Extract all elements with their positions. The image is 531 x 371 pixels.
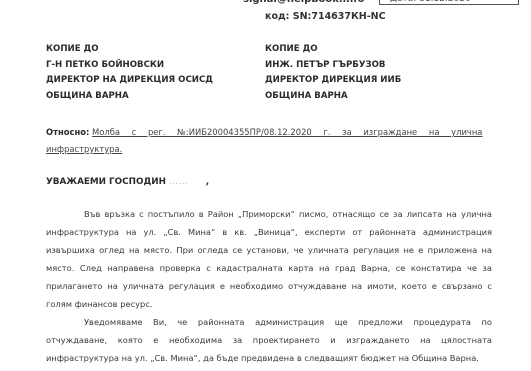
recipient-title: ДИРЕКТОР ДИРЕКЦИЯ ИИБ — [265, 73, 401, 89]
subject-text: Молба с рег. №:ИИБ20004355ПР/08.12.2020 … — [46, 127, 482, 154]
recipient-name: ИНЖ. ПЕТЪР ГЪРБУЗОВ — [265, 58, 401, 74]
reference-code: код: SN:714637КН-NC — [265, 11, 386, 22]
sender-email: signal@helpbook.info — [243, 0, 364, 5]
recipient-name: Г-Н ПЕТКО БОЙНОВСКИ — [46, 58, 213, 74]
letter-body: Във връзка с постъпило в Район „Приморск… — [46, 205, 492, 367]
recipient-org: ОБЩИНА ВАРНА — [46, 89, 213, 105]
salutation-text: УВАЖАЕМИ ГОСПОДИН — [46, 177, 166, 187]
date-box: Дата: 31.12.2020 — [379, 0, 519, 5]
recipient-org: ОБЩИНА ВАРНА — [265, 89, 401, 105]
salutation-comma: , — [206, 177, 209, 187]
subject-label: Относно: — [46, 127, 89, 137]
copy-to-label: КОПИЕ ДО — [265, 42, 401, 58]
name-placeholder: …… — [169, 177, 189, 187]
salutation: УВАЖАЕМИ ГОСПОДИН …… , — [46, 177, 209, 187]
copy-to-label: КОПИЕ ДО — [46, 42, 213, 58]
subject-line: Относно: Молба с рег. №:ИИБ20004355ПР/08… — [46, 124, 492, 158]
body-paragraph: Уведомяваме Ви, че районната администрац… — [46, 313, 492, 367]
recipient-block-left: КОПИЕ ДО Г-Н ПЕТКО БОЙНОВСКИ ДИРЕКТОР НА… — [46, 42, 213, 104]
recipient-title: ДИРЕКТОР НА ДИРЕКЦИЯ ОСИСД — [46, 73, 213, 89]
body-paragraph: Във връзка с постъпило в Район „Приморск… — [46, 205, 492, 313]
letter-page: signal@helpbook.info Дата: 31.12.2020 ко… — [0, 0, 531, 371]
recipient-block-right: КОПИЕ ДО ИНЖ. ПЕТЪР ГЪРБУЗОВ ДИРЕКТОР ДИ… — [265, 42, 401, 104]
